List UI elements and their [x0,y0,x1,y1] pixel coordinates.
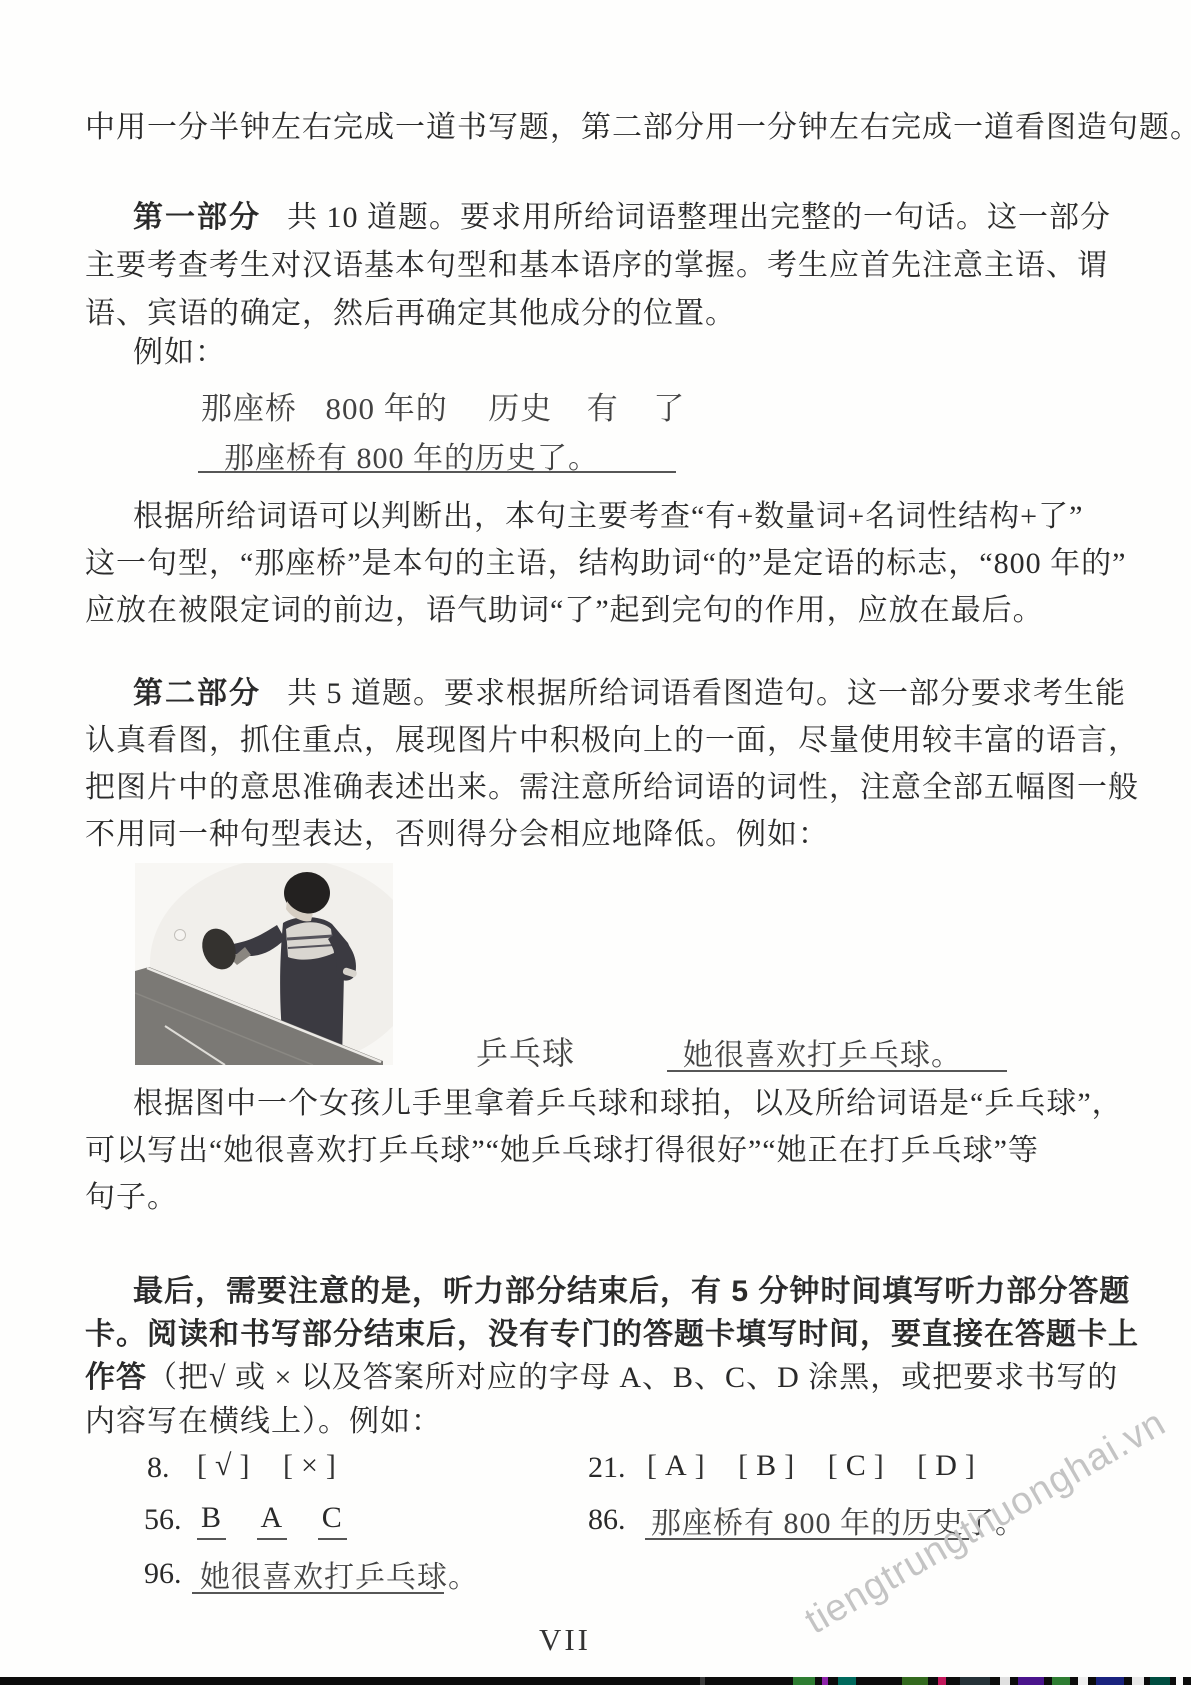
scan-noise [838,1677,856,1685]
example-word-5: 了 [653,390,685,427]
left-bracket: [ [192,1449,213,1482]
scan-noise [822,1677,828,1685]
part2-line-2: 认真看图，抓住重点，展现图片中积极向上的一面，尽量使用较丰富的语言， [85,723,1139,759]
q8-options: [√] [×] [192,1448,356,1484]
option-d-label: D [933,1449,960,1482]
left-bracket: [ [278,1449,299,1482]
part1-heading: 第一部分 [133,201,261,234]
part2-line-4: 不用同一种句型表达，否则得分会相应地降低。例如： [85,817,829,853]
q86-answer-underline: 那座桥有 800 年的历史了。 [645,1498,969,1540]
part2-example-answer: 她很喜欢打乒乓球。 [667,1039,962,1072]
part1-example-answer: 那座桥有 800 年的历史了。 [198,442,599,475]
scan-noise [938,1677,946,1685]
q21-option-c: [C] [823,1448,890,1484]
intro-line: 中用一分半钟左右完成一道书写题，第二部分用一分钟左右完成一道看图造句题。 [85,110,1191,146]
part2-line-3: 把图片中的意思准确表述出来。需注意所给词语的词性，注意全部五幅图一般 [85,770,1139,806]
right-bracket: ] [779,1449,800,1482]
q56-letter-a: A [257,1500,288,1540]
part2-example-word: 乒乓球 [476,1034,575,1072]
final-note-line-1: 最后，需要注意的是，听力部分结束后，有 5 分钟时间填写听力部分答题 [133,1274,1130,1310]
part1-example-words: 那座桥 800 年的 历史 有 了 [201,390,685,428]
final-note-line-3-bold: 作答 [85,1361,147,1394]
final-note-line-3: 作答（把√ 或 × 以及答案所对应的字母 A、B、C、D 涂黑，或把要求书写的 [85,1360,1118,1396]
left-bracket: [ [642,1449,663,1482]
option-b-label: B [754,1449,779,1482]
q21-option-a: [A] [642,1448,711,1484]
option-c-label: C [844,1449,869,1482]
cross-mark: × [299,1449,321,1482]
q96-answer-underline: 她很喜欢打乒乓球。 [192,1552,444,1594]
example-word-1: 那座桥 [201,390,297,427]
right-bracket: ] [321,1449,342,1482]
ping-pong-ball [175,930,186,941]
scan-noise [1078,1677,1088,1685]
part2-analysis-2: 可以写出“她很喜欢打乒乓球”“她乒乓球打得很好”“她正在打乒乓球”等 [85,1133,1039,1169]
part2-analysis-1: 根据图中一个女孩儿手里拿着乒乓球和球拍，以及所给词语是“乒乓球”， [133,1086,1123,1122]
scan-noise [1000,1677,1010,1685]
q96-number: 96. [144,1556,182,1592]
example-word-4: 有 [587,390,619,427]
scan-noise [1018,1677,1044,1685]
part1-line-1-text: 共 10 道题。要求用所给词语整理出完整的一句话。这一部分 [287,201,1111,234]
final-note-line-2: 卡。阅读和书写部分结束后，没有专门的答题卡填写时间，要直接在答题卡上 [85,1317,1139,1353]
q86-number: 86. [588,1502,626,1538]
part2-heading: 第二部分 [133,677,261,710]
q56-letter-c: C [318,1500,347,1540]
part2-line-1: 第二部分共 5 道题。要求根据所给词语看图造句。这一部分要求考生能 [133,676,1126,712]
part2-analysis-3: 句子。 [85,1180,178,1216]
part1-example-answer-underline: 那座桥有 800 年的历史了。 [198,433,676,473]
right-bracket: ] [690,1449,711,1482]
right-bracket: ] [234,1449,255,1482]
scan-noise [1096,1677,1124,1685]
example-word-2: 800 年的 [326,390,448,427]
check-mark: √ [213,1449,234,1482]
q8-number: 8. [147,1450,170,1486]
scanned-page: 中用一分半钟左右完成一道书写题，第二部分用一分钟左右完成一道看图造句题。 第一部… [0,0,1191,1685]
final-note-line-3-rest: （把√ 或 × 以及答案所对应的字母 A、B、C、D 涂黑，或把要求书写的 [147,1361,1118,1394]
part1-analysis-3: 应放在被限定词的前边，语气助词“了”起到完句的作用，应放在最后。 [85,593,1044,629]
part2-line-1-text: 共 5 道题。要求根据所给词语看图造句。这一部分要求考生能 [287,677,1126,710]
scan-noise [700,1677,705,1685]
q8-option-cross: [×] [278,1448,342,1484]
right-bracket: ] [960,1449,981,1482]
scan-noise [793,1677,815,1685]
part1-analysis-2: 这一句型，“那座桥”是本句的主语，结构助词“的”是定语的标志，“800 年的” [85,546,1126,582]
part1-line-1: 第一部分共 10 道题。要求用所给词语整理出完整的一句话。这一部分 [133,200,1111,236]
scan-noise [1176,1677,1183,1685]
final-note-line-4: 内容写在横线上）。例如： [85,1404,442,1440]
left-bracket: [ [733,1449,754,1482]
part1-example-label: 例如： [133,335,226,371]
part1-analysis-1: 根据所给词语可以判断出，本句主要考查“有+数量词+名词性结构+了” [133,499,1083,535]
part1-line-3: 语、宾语的确定，然后再确定其他成分的位置。 [85,296,736,332]
right-bracket: ] [869,1449,890,1482]
scan-artifact-bar [0,1677,1191,1685]
part1-line-2: 主要考查考生对汉语基本句型和基本语序的掌握。考生应首先注意主语、谓 [85,248,1108,284]
q56-number: 56. [144,1502,182,1538]
example-word-3: 历史 [488,390,552,427]
scan-noise [1052,1677,1070,1685]
left-bracket: [ [823,1449,844,1482]
q21-option-b: [B] [733,1448,800,1484]
q21-options: [A] [B] [C] [D] [642,1448,995,1484]
part2-example-answer-underline: 她很喜欢打乒乓球。 [667,1030,1007,1072]
scan-noise [960,1677,990,1685]
q56-letters: B A C [197,1500,369,1540]
scan-noise [1132,1677,1144,1685]
q8-option-check: [√] [192,1448,255,1484]
q21-number: 21. [588,1450,626,1486]
q56-letter-b: B [197,1500,226,1540]
scan-noise [902,1677,928,1685]
option-a-label: A [663,1449,690,1482]
page-number: VII [500,1622,630,1658]
table-tennis-photo [135,863,393,1065]
scan-noise [1150,1677,1170,1685]
q96-answer: 她很喜欢打乒乓球。 [192,1561,479,1594]
left-bracket: [ [912,1449,933,1482]
q21-option-d: [D] [912,1448,981,1484]
